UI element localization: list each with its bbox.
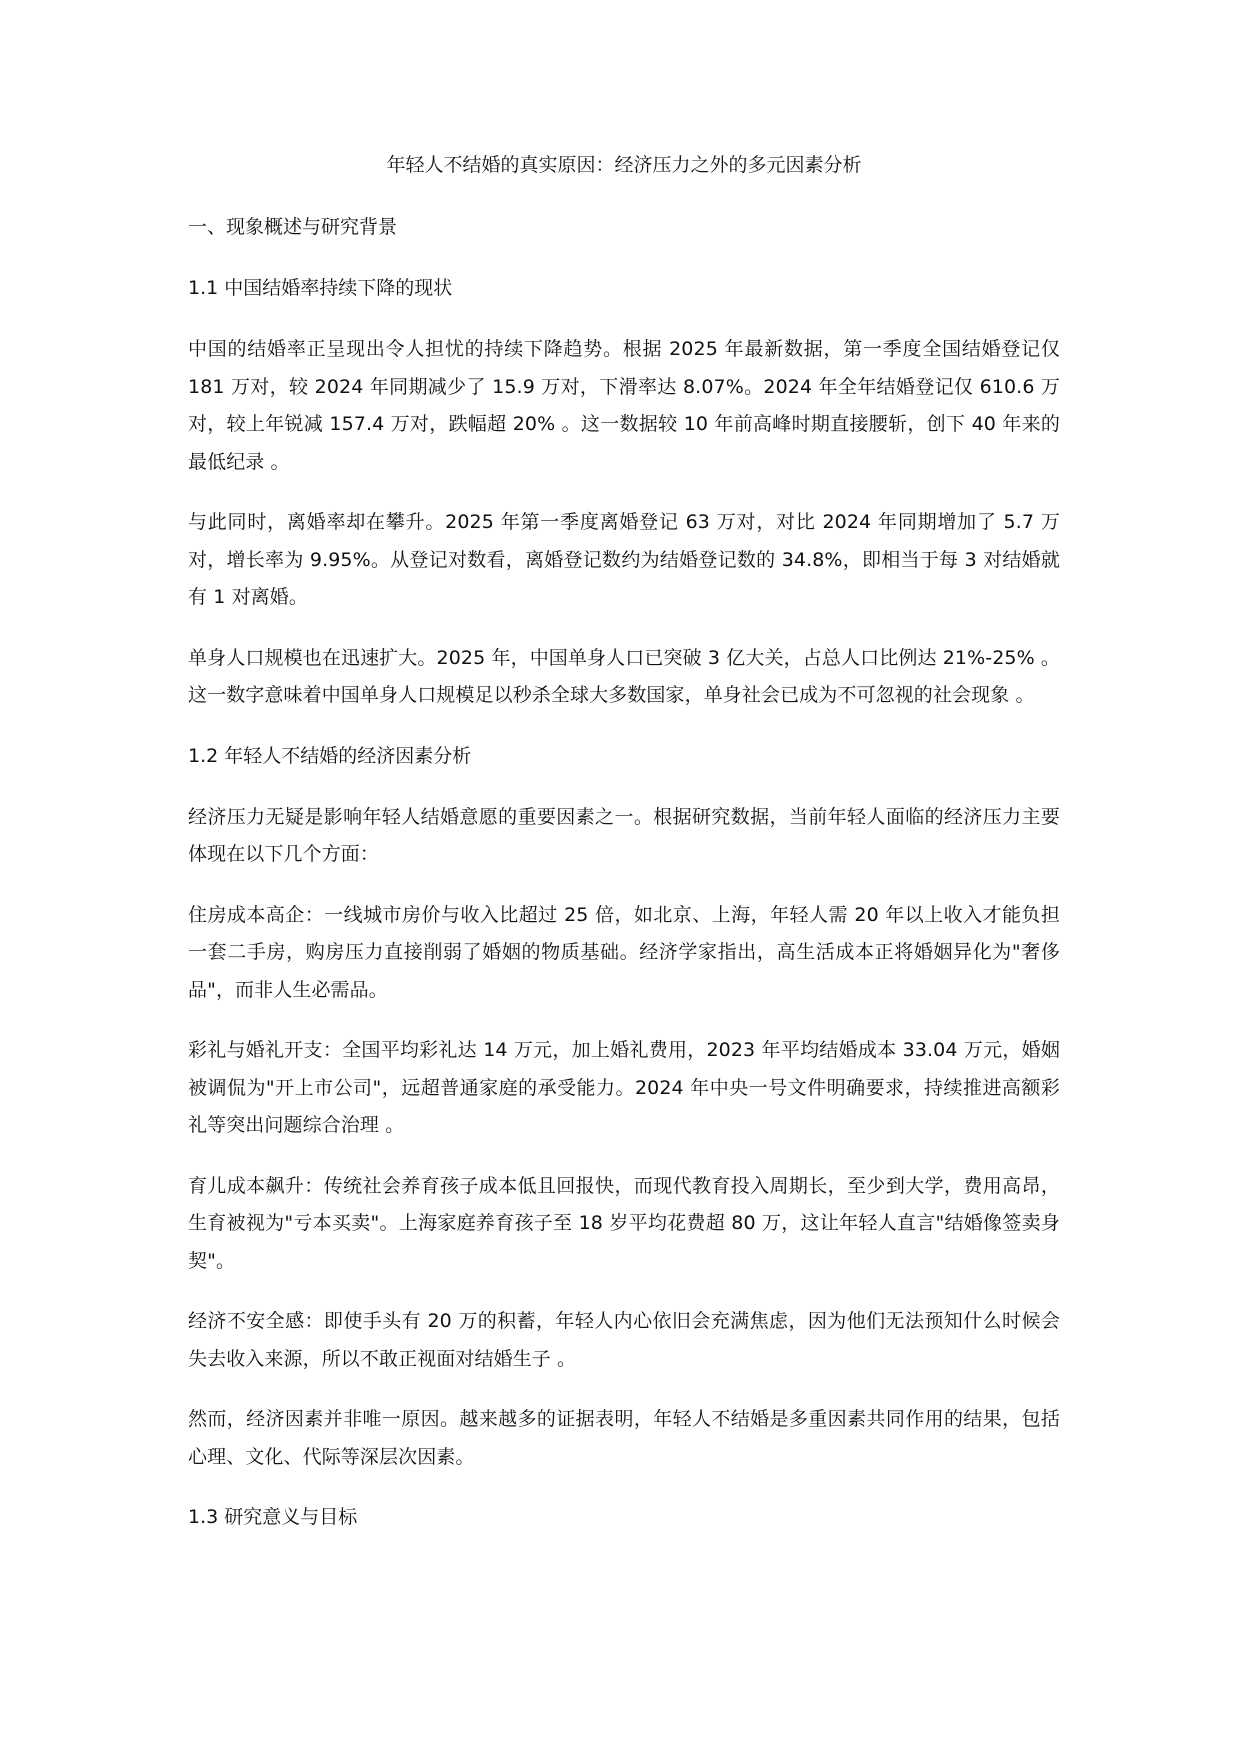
- paragraph: 单身人口规模也在迅速扩大。2025 年，中国单身人口已突破 3 亿大关，占总人口…: [188, 640, 1060, 715]
- paragraph: 育儿成本飙升：传统社会养育孩子成本低且回报快，而现代教育投入周期长，至少到大学，…: [188, 1168, 1060, 1281]
- paragraph: 然而，经济因素并非唯一原因。越来越多的证据表明，年轻人不结婚是多重因素共同作用的…: [188, 1401, 1060, 1476]
- subsection-heading: 1.2 年轻人不结婚的经济因素分析: [188, 738, 1060, 775]
- section-heading: 一、现象概述与研究背景: [188, 209, 1060, 246]
- document-page: 年轻人不结婚的真实原因：经济压力之外的多元因素分析 一、现象概述与研究背景 1.…: [188, 147, 1060, 1560]
- paragraph: 与此同时，离婚率却在攀升。2025 年第一季度离婚登记 63 万对，对比 202…: [188, 504, 1060, 617]
- subsection-heading: 1.1 中国结婚率持续下降的现状: [188, 270, 1060, 307]
- paragraph: 经济压力无疑是影响年轻人结婚意愿的重要因素之一。根据研究数据，当前年轻人面临的经…: [188, 799, 1060, 874]
- paragraph: 住房成本高企：一线城市房价与收入比超过 25 倍，如北京、上海，年轻人需 20 …: [188, 897, 1060, 1010]
- document-title: 年轻人不结婚的真实原因：经济压力之外的多元因素分析: [188, 147, 1060, 184]
- subsection-heading: 1.3 研究意义与目标: [188, 1499, 1060, 1536]
- paragraph: 经济不安全感：即使手头有 20 万的积蓄，年轻人内心依旧会充满焦虑，因为他们无法…: [188, 1303, 1060, 1378]
- paragraph: 彩礼与婚礼开支：全国平均彩礼达 14 万元，加上婚礼费用，2023 年平均结婚成…: [188, 1032, 1060, 1145]
- paragraph: 中国的结婚率正呈现出令人担忧的持续下降趋势。根据 2025 年最新数据，第一季度…: [188, 331, 1060, 481]
